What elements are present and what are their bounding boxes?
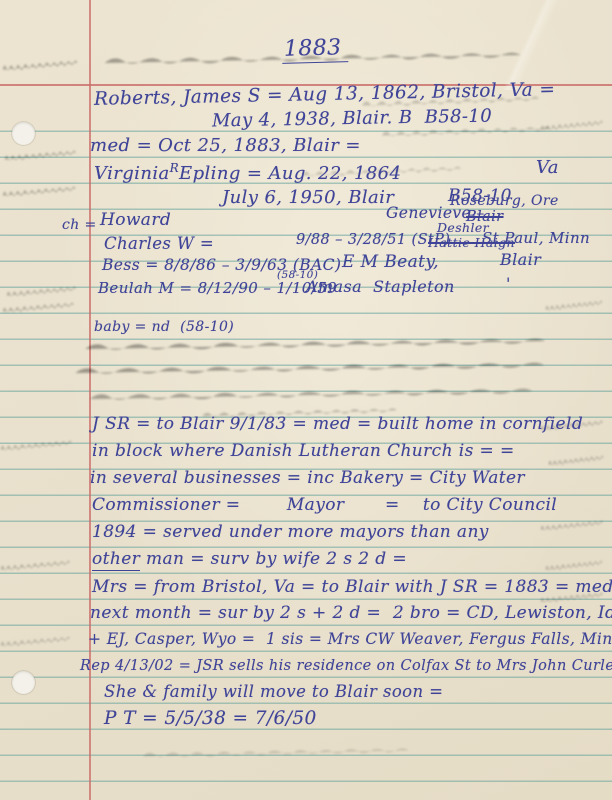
note-line-6-rest: man = surv by wife 2 s 2 d = (140, 549, 407, 569)
page-title-year: 1883 (252, 16, 347, 85)
child-charles: Charles W = (104, 236, 214, 253)
entry-death-line: May 4, 1938, Blair. B B58-10 (212, 108, 492, 131)
note-line-7: Mrs = from Bristol, Va = to Blair with J… (92, 579, 612, 596)
note-line-6-underlined: other (92, 549, 140, 571)
bess-place: Blair (500, 252, 541, 268)
page-title-text: 1883 (281, 37, 347, 64)
entry-married-line: med = Oct 25, 1883, Blair = (90, 137, 361, 155)
charles-place: St Paul, Minn (482, 231, 590, 246)
note-line-11: She & family will move to Blair soon = (104, 684, 443, 701)
beulah-place-ditto: ' (506, 276, 511, 292)
spouse-birthplace: Va (536, 159, 559, 177)
bess-spouse: E M Beaty, (342, 254, 439, 271)
note-line-2: in block where Danish Lutheran Church is… (92, 443, 515, 460)
note-line-8: next month = sur by 2 s + 2 d = 2 bro = … (90, 605, 612, 622)
spouse-rest: Epling = Aug. 22, 1864 (179, 163, 401, 184)
child-beulah: Beulah M = 8/12/90 – 1/10/59 (98, 281, 337, 296)
children-label: ch = (62, 218, 97, 232)
spouse-death-line: July 6, 1950, Blair (222, 189, 394, 207)
child-baby: baby = nd (58-10) (94, 320, 234, 334)
note-line-4: Commissioner = Mayor = to City Council (92, 497, 557, 514)
note-line-12: P T = 5/5/38 = 7/6/50 (104, 710, 317, 729)
note-line-10: Rep 4/13/02 = JSR sells his residence on… (80, 659, 612, 674)
punch-hole-top (12, 122, 35, 145)
note-line-9: + EJ, Casper, Wyo = 1 sis = Mrs CW Weave… (88, 632, 612, 648)
beulah-spouse: Amasa Stapleton (306, 279, 455, 295)
left-margin-line (89, 0, 91, 800)
child-howard: Howard (100, 212, 171, 229)
bleed-through-ink (2, 60, 86, 74)
notebook-page: 1883 Roberts, James S = Aug 13, 1862, Br… (0, 0, 612, 800)
spouse-initial: R (170, 161, 179, 175)
paper-crease (392, 0, 612, 90)
punch-hole-bottom (12, 671, 35, 694)
genevieve-place-corrected: Roseburg, Ore (450, 194, 559, 208)
note-line-3: in several businesses = inc Bakery = Cit… (90, 470, 525, 487)
note-line-5: 1894 = served under more mayors than any (92, 524, 489, 541)
spouse-name: Virginia (94, 163, 170, 184)
note-line-1: J SR = to Blair 9/1/83 = med = built hom… (92, 416, 583, 433)
entry-spouse-line: VirginiaREpling = Aug. 22, 1864 (94, 162, 401, 183)
note-line-6: other man = surv by wife 2 s 2 d = (92, 551, 407, 568)
